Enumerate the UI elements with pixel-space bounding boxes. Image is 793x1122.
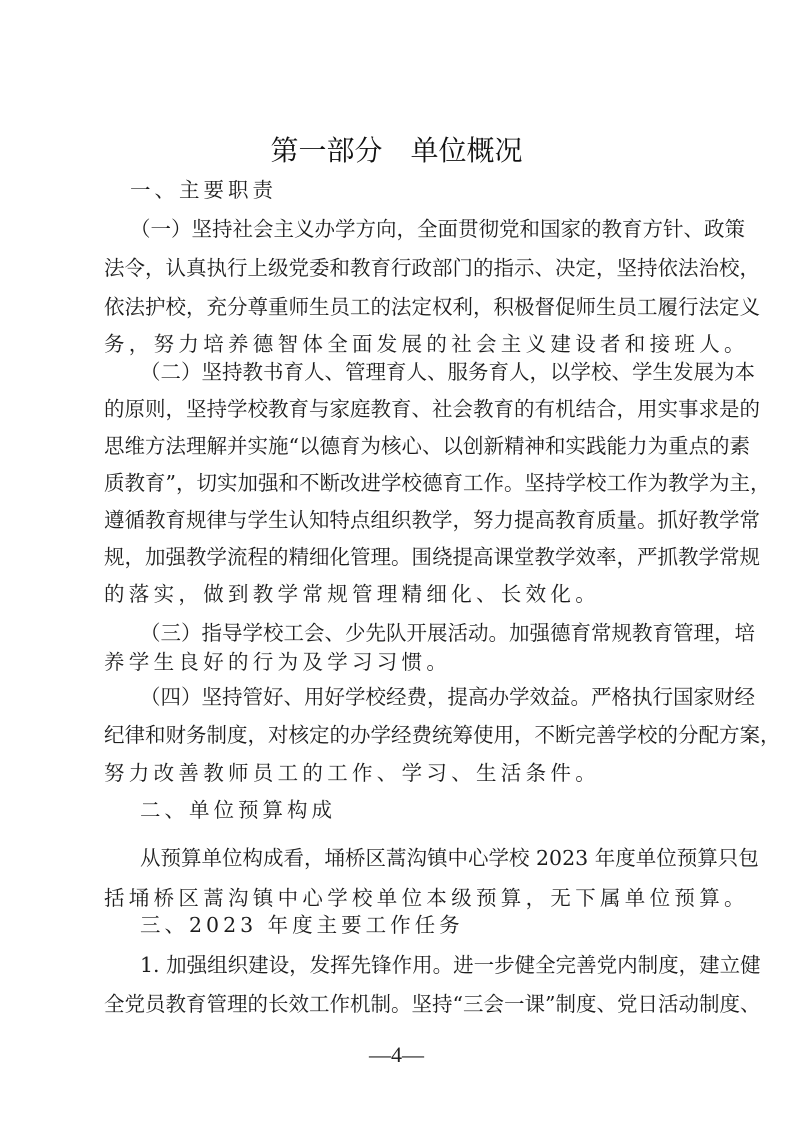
page-title: 第一部分 单位概况 [0,134,793,168]
paragraph-line: （二）坚持教书育人、管理育人、服务育人，以学校、学生发展为本 [140,358,688,386]
document-page: 第一部分 单位概况 一、主要职责 （一）坚持社会主义办学方向，全面贯彻党和国家的… [0,0,793,1122]
paragraph-line: 规，加强教学流程的精细化管理。围绕提高课堂教学效率，严抓教学常规 [104,543,688,571]
paragraph-line: （一）坚持社会主义办学方向，全面贯彻党和国家的教育方针、政策 [130,215,688,243]
paragraph-line: 括埇桥区蒿沟镇中心学校单位本级预算，无下属单位预算。 [104,884,688,912]
paragraph-line: 养学生良好的行为及学习习惯。 [104,648,688,676]
section-heading-main-tasks: 三、2023 年度主要工作任务 [140,911,688,939]
section-heading-main-duties: 一、主要职责 [130,176,688,204]
paragraph-line: （三）指导学校工会、少先队开展活动。加强德育常规教育管理，培 [140,619,688,647]
paragraph-line: 务，努力培养德智体全面发展的社会主义建设者和接班人。 [104,330,688,358]
paragraph-line: （四）坚持管好、用好学校经费，提高办学效益。严格执行国家财经 [140,683,688,711]
paragraph-line: 质教育”，切实加强和不断改进学校德育工作。坚持学校工作为教学为主， [104,469,688,497]
section-heading-budget-structure: 二、单位预算构成 [140,796,688,824]
paragraph-line: 遵循教育规律与学生认知特点组织教学，努力提高教育质量。抓好教学常 [104,506,688,534]
paragraph-line: 从预算单位构成看，埇桥区蒿沟镇中心学校 2023 年度单位预算只包 [140,844,688,872]
paragraph-line: 全党员教育管理的长效工作机制。坚持“三会一课”制度、党日活动制度、 [104,990,688,1018]
paragraph-line: 依法护校，充分尊重师生员工的法定权利，积极督促师生员工履行法定义 [104,293,688,321]
page-number: —4— [0,1042,793,1068]
paragraph-line: 的落实，做到教学常规管理精细化、长效化。 [104,580,688,608]
paragraph-line: 1. 加强组织建设，发挥先锋作用。进一步健全完善党内制度，建立健 [140,951,688,979]
paragraph-line: 努力改善教师员工的工作、学习、生活条件。 [104,759,688,787]
paragraph-line: 的原则，坚持学校教育与家庭教育、社会教育的有机结合，用实事求是的 [104,395,688,423]
paragraph-line: 思维方法理解并实施“以德育为核心、以创新精神和实践能力为重点的素 [104,432,688,460]
paragraph-line: 纪律和财务制度，对核定的办学经费统筹使用，不断完善学校的分配方案， [104,721,688,749]
paragraph-line: 法令，认真执行上级党委和教育行政部门的指示、决定，坚持依法治校， [104,254,688,282]
